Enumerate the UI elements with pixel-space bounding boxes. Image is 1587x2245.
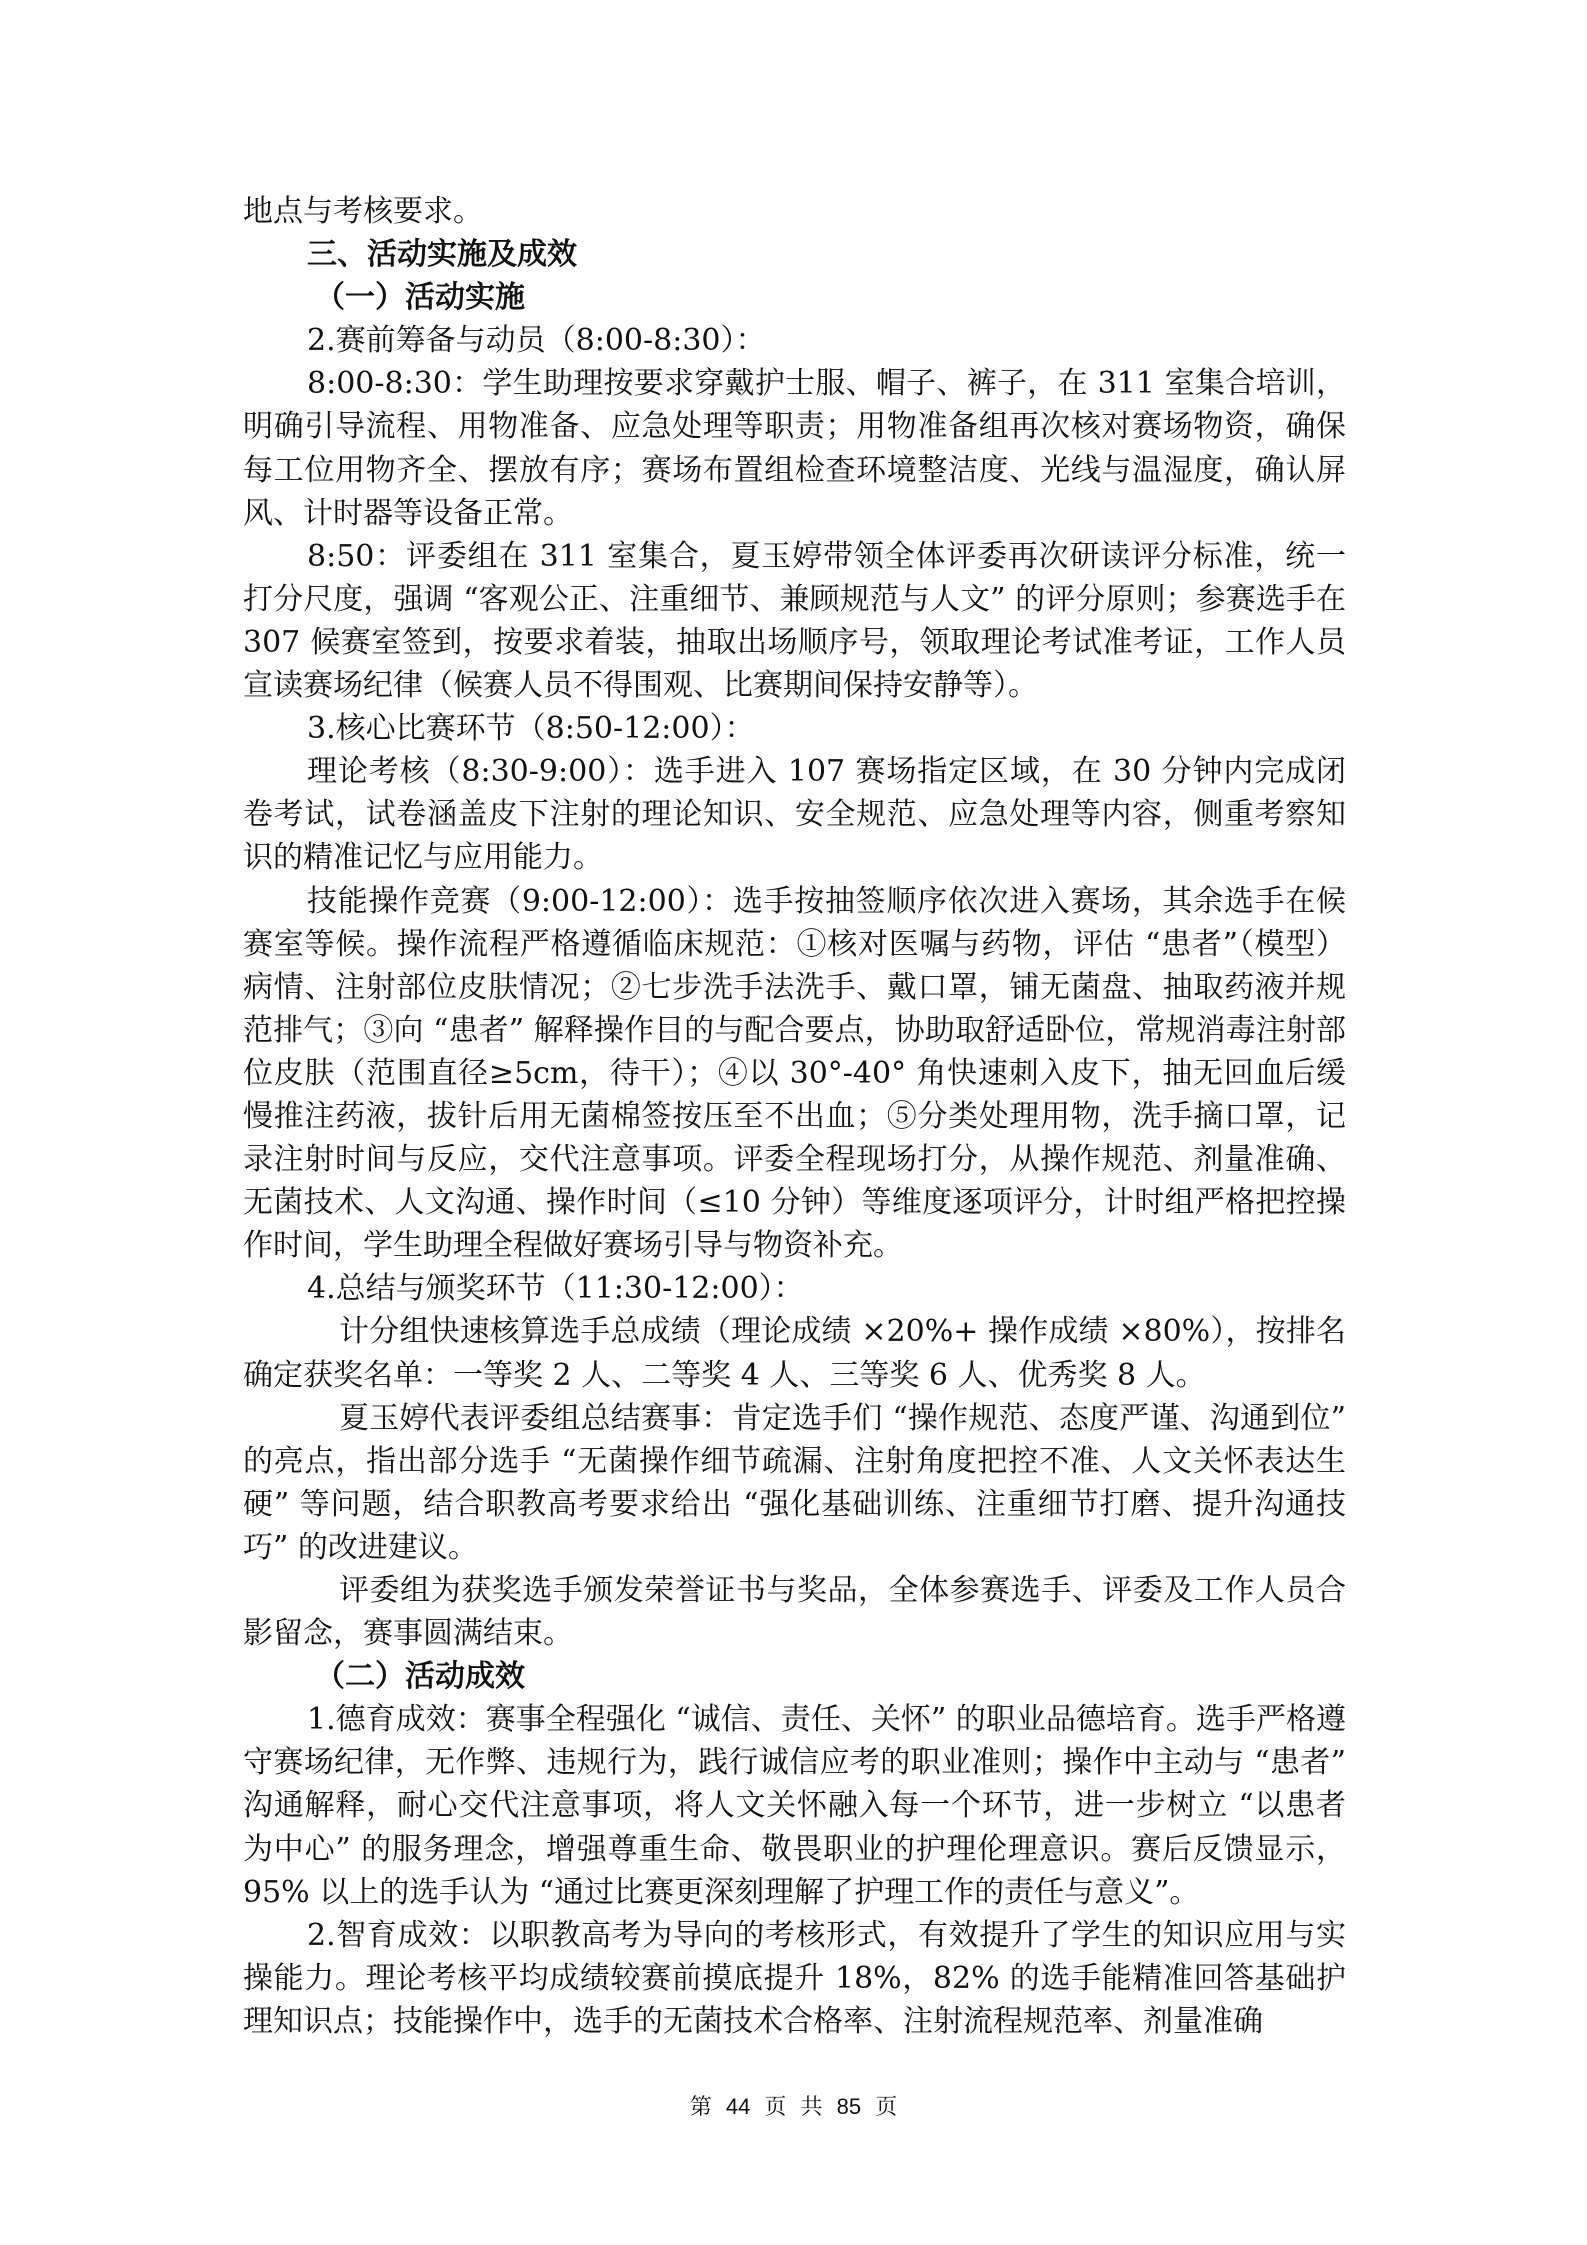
item-heading-summary-awards: 4.总结与颁奖环节（11:30-12:00）：	[243, 1267, 1346, 1310]
document-body: 地点与考核要求。 三、活动实施及成效 （一）活动实施 2.赛前筹备与动员（8:0…	[243, 190, 1346, 2043]
paragraph-850: 8:50：评委组在 311 室集合，夏玉婷带领全体评委再次研读评分标准，统一打分…	[243, 535, 1346, 707]
paragraph-skill-competition: 技能操作竞赛（9:00-12:00）：选手按抽签顺序依次进入赛场，其余选手在候赛…	[243, 880, 1346, 1268]
page-number-footer: 第 44 页 共 85 页	[0, 2090, 1587, 2121]
subsection-heading-implementation: （一）活动实施	[243, 276, 1346, 319]
item-heading-core-competition: 3.核心比赛环节（8:50-12:00）：	[243, 707, 1346, 750]
paragraph-judge-summary: 夏玉婷代表评委组总结赛事：肯定选手们 “操作规范、态度严谨、沟通到位” 的亮点，…	[243, 1397, 1346, 1569]
item-heading-preparation: 2.赛前筹备与动员（8:00-8:30）：	[243, 319, 1346, 362]
paragraph-intellectual-outcome: 2.智育成效：以职教高考为导向的考核形式，有效提升了学生的知识应用与实操能力。理…	[243, 1914, 1346, 2043]
paragraph-800: 8:00-8:30：学生助理按要求穿戴护士服、帽子、裤子，在 311 室集合培训…	[243, 362, 1346, 534]
paragraph-theory-exam: 理论考核（8:30-9:00）：选手进入 107 赛场指定区域，在 30 分钟内…	[243, 750, 1346, 879]
paragraph-continuation: 地点与考核要求。	[243, 190, 1346, 233]
section-heading-3: 三、活动实施及成效	[243, 233, 1346, 276]
paragraph-moral-outcome: 1.德育成效：赛事全程强化 “诚信、责任、关怀” 的职业品德培育。选手严格遵守赛…	[243, 1698, 1346, 1913]
paragraph-scoring: 计分组快速核算选手总成绩（理论成绩 ×20%+ 操作成绩 ×80%），按排名确定…	[243, 1310, 1346, 1396]
subsection-heading-outcomes: （二）活动成效	[243, 1655, 1346, 1698]
paragraph-award-ceremony: 评委组为获奖选手颁发荣誉证书与奖品，全体参赛选手、评委及工作人员合影留念，赛事圆…	[243, 1569, 1346, 1655]
